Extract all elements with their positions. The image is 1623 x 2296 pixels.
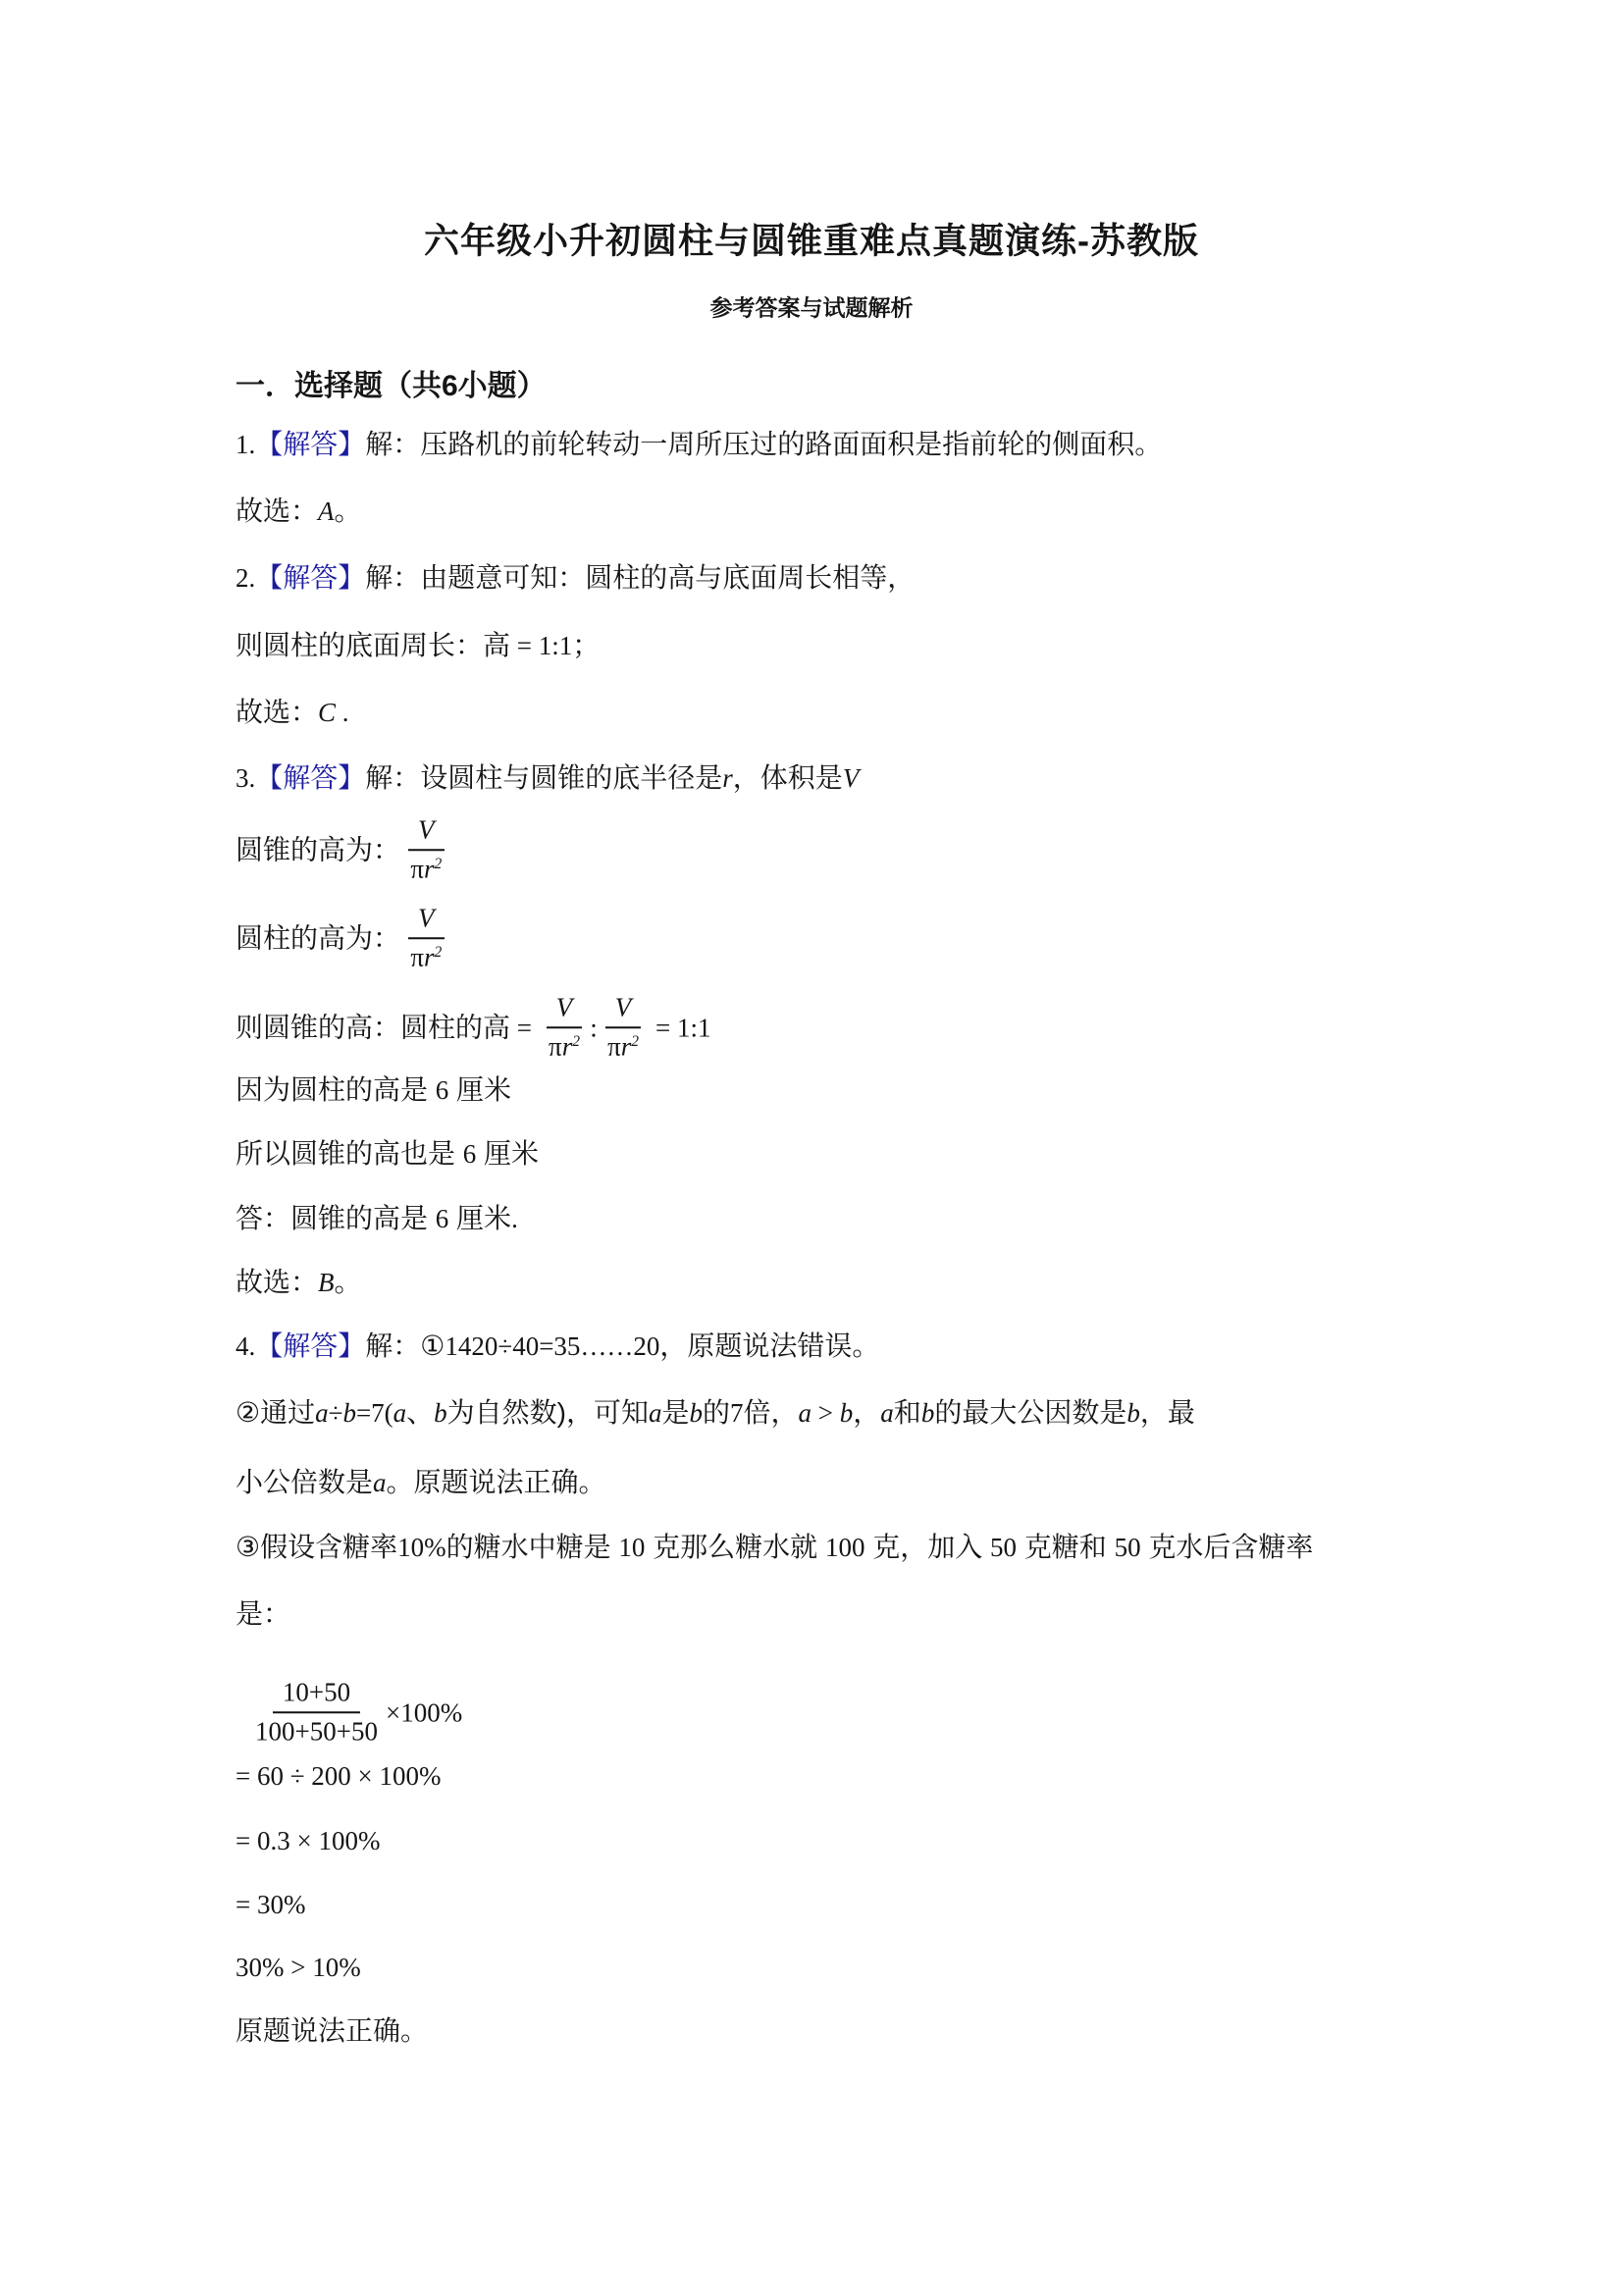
document-line: 10+50100+50+50×100% — [247, 1677, 462, 1748]
text-run: 的糖水中糖是 — [446, 1531, 619, 1564]
text-run: 克那么糖水就 — [645, 1531, 825, 1564]
text-run: r — [722, 762, 733, 794]
text-run: 2 — [572, 1033, 580, 1050]
text-run: ②通过 — [236, 1396, 315, 1430]
text-run: 答：圆锥的高是 — [236, 1202, 436, 1235]
document-line: 圆柱的高为：Vπr2 — [236, 903, 452, 973]
document-line: 答：圆锥的高是 6 厘米. — [236, 1202, 518, 1235]
text-run: 故选： — [236, 696, 318, 729]
text-run: ③假设含糖率 — [236, 1531, 397, 1564]
text-run: 因为圆柱的高是 — [236, 1073, 436, 1107]
answer-badge: 【解答】 — [255, 761, 365, 795]
text-run: 、 — [406, 1396, 434, 1430]
text-run: 的 — [703, 1396, 730, 1430]
text-run: 3. — [236, 762, 255, 794]
text-run: 50 — [1115, 1532, 1141, 1563]
document-line: = 0.3 × 100% — [236, 1825, 380, 1856]
text-run: ，体积是 — [733, 761, 843, 795]
document-line: 30% > 10% — [236, 1952, 361, 1983]
text-run: 是 — [662, 1396, 690, 1430]
text-run: 厘米 — [476, 1137, 539, 1171]
text-run: 所以圆锥的高也是 — [236, 1137, 463, 1171]
document-line: 1.【解答】解：压路机的前轮转动一周所压过的路面面积是指前轮的侧面积。 — [236, 428, 1162, 461]
text-run: 。 — [335, 495, 362, 528]
text-run: = 1:1 — [510, 630, 572, 661]
document-line: 则圆锥的高：圆柱的高 = Vπr2:Vπr2 = 1:1 — [236, 992, 711, 1063]
text-run: 2 — [631, 1033, 639, 1050]
text-run: ，最 — [1140, 1396, 1195, 1430]
document-line: 故选：C . — [236, 696, 349, 729]
text-run: =7( — [356, 1397, 393, 1429]
page-title: 六年级小升初圆柱与圆锥重难点真题演练-苏教版 — [0, 214, 1623, 264]
text-run: a — [880, 1397, 894, 1429]
text-run: 倍， — [744, 1396, 799, 1430]
fraction: 10+50100+50+50 — [255, 1677, 378, 1748]
text-run: 圆柱的高为： — [236, 921, 400, 955]
text-run: b — [690, 1397, 704, 1429]
document-line: 4.【解答】解：①1420÷40=35……20，原题说法错误。 — [236, 1330, 879, 1363]
document-line: 2.【解答】解：由题意可知：圆柱的高与底面周长相等， — [236, 561, 915, 595]
text-run: = 0.3 × 100% — [236, 1825, 380, 1856]
text-run: 圆锥的高为： — [236, 833, 400, 866]
document-line: 原题说法正确。 — [236, 2014, 428, 2048]
text-run: 6 — [463, 1138, 477, 1170]
text-run: r — [562, 1031, 573, 1061]
text-run: 100+50+50 — [255, 1716, 378, 1746]
text-run: 7 — [730, 1397, 744, 1429]
answer-badge: 【解答】 — [255, 1330, 365, 1363]
text-run: 和 — [894, 1396, 921, 1430]
text-run: π — [549, 1031, 562, 1061]
text-run: V — [556, 992, 573, 1021]
text-run: 解：① — [365, 1330, 445, 1363]
fraction: Vπr2 — [408, 814, 445, 885]
document-line: 是： — [236, 1597, 290, 1631]
text-run: 则圆锥的高：圆柱的高 — [236, 1011, 510, 1044]
text-run: ； — [572, 629, 600, 662]
document-line: ③假设含糖率10%的糖水中糖是 10 克那么糖水就 100 克，加入 50 克糖… — [236, 1531, 1313, 1564]
text-run: r — [621, 1031, 632, 1061]
text-run: a — [373, 1467, 387, 1498]
document-line: 故选：B。 — [236, 1266, 362, 1299]
text-run: b — [921, 1397, 935, 1429]
section-heading: 一．选择题（共6小题） — [236, 361, 547, 404]
text-run: 解：由题意可知：圆柱的高与底面周长相等， — [365, 561, 915, 595]
text-run: 解：压路机的前轮转动一周所压过的路面面积是指前轮的侧面积。 — [365, 428, 1162, 461]
document-line: ②通过a÷b=7(a、b为自然数)，可知a是b的7倍，a > b，a和b的最大公… — [236, 1396, 1195, 1430]
text-run: 2 — [434, 944, 442, 961]
text-run: 是： — [236, 1597, 290, 1631]
text-run: r — [424, 854, 435, 883]
document-line: 故选：A。 — [236, 495, 362, 528]
text-run: 。 — [335, 1266, 362, 1299]
page-subtitle: 参考答案与试题解析 — [0, 290, 1623, 323]
text-run: a — [393, 1397, 407, 1429]
text-run: a — [315, 1397, 329, 1429]
text-run: π — [410, 942, 424, 971]
fraction: Vπr2 — [605, 992, 642, 1063]
text-run: 10 — [618, 1532, 645, 1563]
answer-badge: 【解答】 — [255, 561, 365, 595]
text-run: 厘米 — [448, 1202, 511, 1235]
text-run: V — [418, 814, 435, 844]
text-run: 50 — [990, 1532, 1017, 1563]
text-run: 克，加入 — [864, 1531, 990, 1564]
text-run: ， — [853, 1396, 880, 1430]
text-run: 小公倍数是 — [236, 1466, 373, 1499]
text-run: 6 — [436, 1203, 449, 1234]
text-run: 故选： — [236, 1266, 318, 1299]
text-run: a — [649, 1397, 662, 1429]
text-run: π — [410, 854, 424, 883]
text-run: : — [590, 1012, 598, 1043]
text-run: 克糖和 — [1017, 1531, 1115, 1564]
document-line: 则圆柱的底面周长：高 = 1:1； — [236, 629, 600, 662]
text-run: C — [318, 697, 336, 728]
text-run: 解：设圆柱与圆锥的底半径是 — [365, 761, 722, 795]
text-run: ，原题说法错误。 — [659, 1330, 879, 1363]
text-run: r — [424, 942, 435, 971]
document-line: 小公倍数是a。原题说法正确。 — [236, 1466, 606, 1499]
text-run: A — [318, 496, 335, 527]
text-run: b — [840, 1397, 854, 1429]
text-run: V — [843, 762, 860, 794]
text-run: = — [510, 1012, 539, 1043]
text-run: 。原题说法正确。 — [387, 1466, 606, 1499]
document-line: 所以圆锥的高也是 6 厘米 — [236, 1137, 539, 1171]
fraction: Vπr2 — [408, 903, 445, 973]
text-run: = 30% — [236, 1889, 305, 1920]
text-run: ×100% — [386, 1696, 462, 1728]
text-run: 为自然数)，可知 — [447, 1396, 649, 1430]
text-run: . — [336, 697, 349, 728]
text-run: a — [799, 1397, 812, 1429]
text-run: 2 — [434, 856, 442, 872]
text-run: π — [607, 1031, 621, 1061]
text-run: = 60 ÷ 200 × 100% — [236, 1760, 442, 1792]
text-run: 10% — [397, 1532, 446, 1563]
document-page: 六年级小升初圆柱与圆锥重难点真题演练-苏教版 参考答案与试题解析 一．选择题（共… — [0, 0, 1623, 2296]
text-run: b — [342, 1397, 356, 1429]
text-run: V — [615, 992, 632, 1021]
text-run: 6 — [436, 1074, 449, 1106]
text-run: 原题说法正确。 — [236, 2014, 428, 2048]
document-line: 因为圆柱的高是 6 厘米 — [236, 1073, 511, 1107]
document-line: = 60 ÷ 200 × 100% — [236, 1760, 442, 1792]
text-run: 1420÷40=35……20 — [445, 1331, 659, 1362]
text-run: 4. — [236, 1331, 255, 1362]
text-run: 30% > 10% — [236, 1952, 361, 1983]
document-line: 圆锥的高为：Vπr2 — [236, 814, 452, 885]
document-line: 3.【解答】解：设圆柱与圆锥的底半径是r，体积是V — [236, 761, 859, 795]
text-run: B — [318, 1267, 335, 1298]
text-run: 故选： — [236, 495, 318, 528]
answer-badge: 【解答】 — [255, 428, 365, 461]
text-run: 10+50 — [283, 1677, 350, 1706]
text-run: b — [1126, 1397, 1140, 1429]
text-run: 的最大公因数是 — [934, 1396, 1126, 1430]
document-line: = 30% — [236, 1889, 305, 1920]
fraction: Vπr2 — [547, 992, 583, 1063]
text-run: 1. — [236, 429, 255, 460]
text-run: V — [418, 903, 435, 932]
text-run: ÷ — [329, 1397, 343, 1429]
text-run: b — [434, 1397, 447, 1429]
text-run: 克水后含糖率 — [1141, 1531, 1314, 1564]
text-run: 则圆柱的底面周长：高 — [236, 629, 510, 662]
text-run: 100 — [825, 1532, 865, 1563]
text-run: 厘米 — [448, 1073, 511, 1107]
text-run: > — [811, 1397, 840, 1429]
text-run: = 1:1 — [649, 1012, 710, 1043]
text-run: . — [511, 1203, 518, 1234]
text-run: 2. — [236, 562, 255, 594]
